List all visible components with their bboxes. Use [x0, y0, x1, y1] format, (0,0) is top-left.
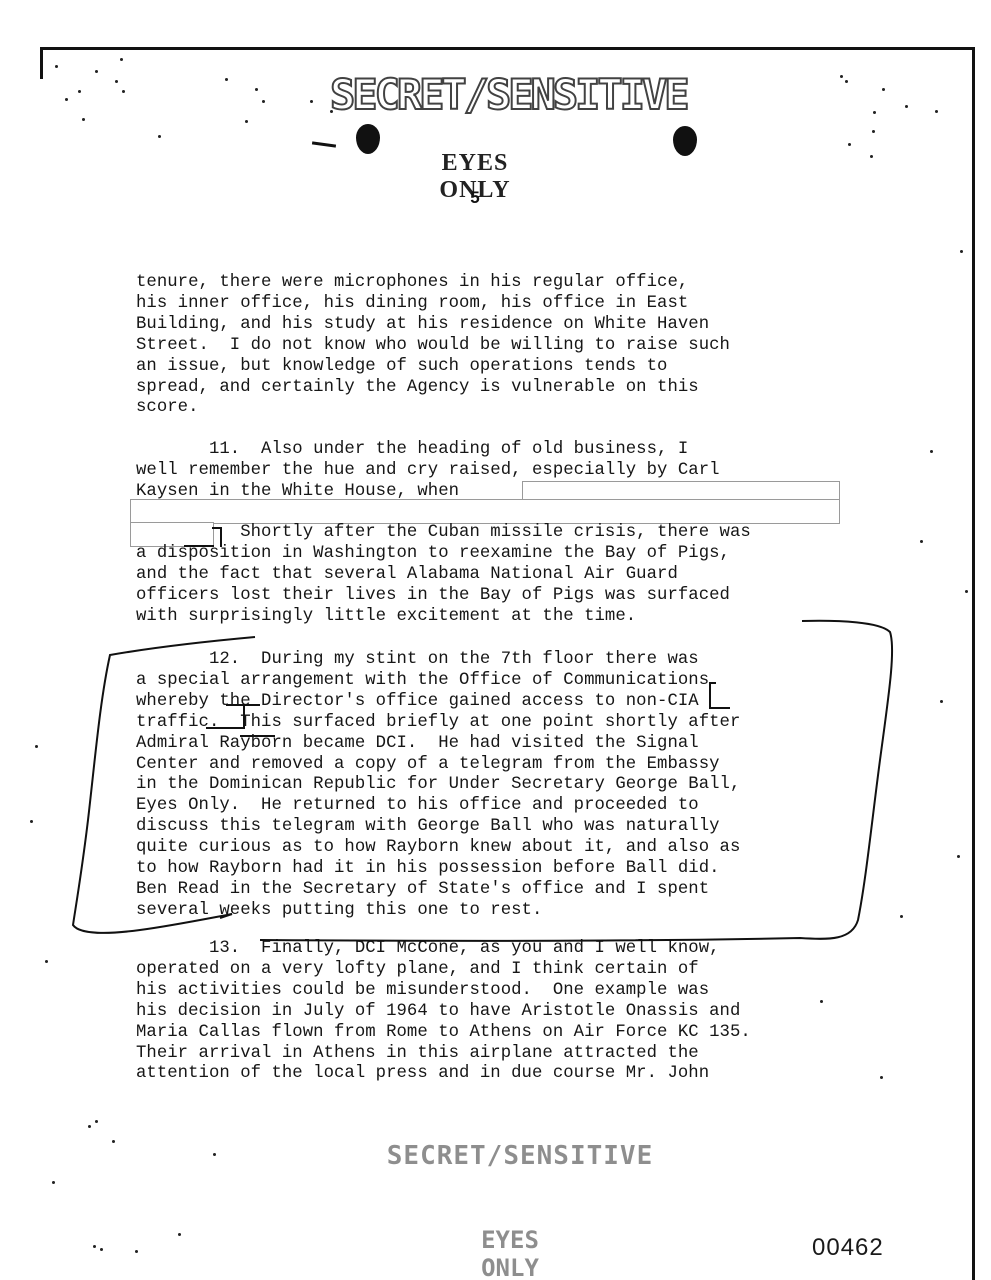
scan-speck [920, 540, 923, 543]
scan-speck [882, 88, 885, 91]
scan-speck [873, 111, 876, 114]
scan-speck [95, 70, 98, 73]
scan-speck [52, 1181, 55, 1184]
scan-speck [900, 915, 903, 918]
scan-speck [870, 155, 873, 158]
scan-speck [213, 1153, 216, 1156]
scan-speck [965, 590, 968, 593]
scan-speck [848, 143, 851, 146]
document-page: SECRET/SENSITIVE EYES ONLY 5 tenure, the… [0, 0, 991, 1280]
scan-speck [135, 1250, 138, 1253]
scan-speck [330, 110, 333, 113]
scan-speck [115, 80, 118, 83]
classification-stamp-bottom: SECRET/SENSITIVE [360, 1140, 680, 1172]
scan-speck [122, 90, 125, 93]
scan-speck [30, 820, 33, 823]
scan-speck [820, 1000, 823, 1003]
handling-stamp-bottom: EYES ONLY [450, 1226, 570, 1280]
scan-speck [905, 105, 908, 108]
scan-speck [940, 700, 943, 703]
scan-speck [840, 75, 843, 78]
scan-speck [957, 855, 960, 858]
scan-speck [245, 120, 248, 123]
scan-speck [93, 1245, 96, 1248]
scan-speck [930, 450, 933, 453]
scan-speck [95, 1120, 98, 1123]
scan-speck [65, 98, 68, 101]
scan-speck [225, 78, 228, 81]
scan-speck [960, 250, 963, 253]
scan-speck [112, 1140, 115, 1143]
scan-speck [35, 745, 38, 748]
scan-speck [120, 58, 123, 61]
scan-speck [82, 118, 85, 121]
scan-speck [78, 90, 81, 93]
scan-speck [872, 130, 875, 133]
scan-speck [845, 80, 848, 83]
scan-speck [935, 110, 938, 113]
scan-speck [310, 100, 313, 103]
scan-speck [158, 135, 161, 138]
scan-speck [55, 65, 58, 68]
scan-speck [880, 1076, 883, 1079]
scan-speck [45, 960, 48, 963]
scan-speck [88, 1125, 91, 1128]
scan-speck [178, 1233, 181, 1236]
scan-speck [262, 100, 265, 103]
scan-speck [100, 1248, 103, 1251]
document-id: 00462 [812, 1234, 884, 1262]
handwritten-outline [0, 0, 991, 1280]
scan-speck [255, 88, 258, 91]
